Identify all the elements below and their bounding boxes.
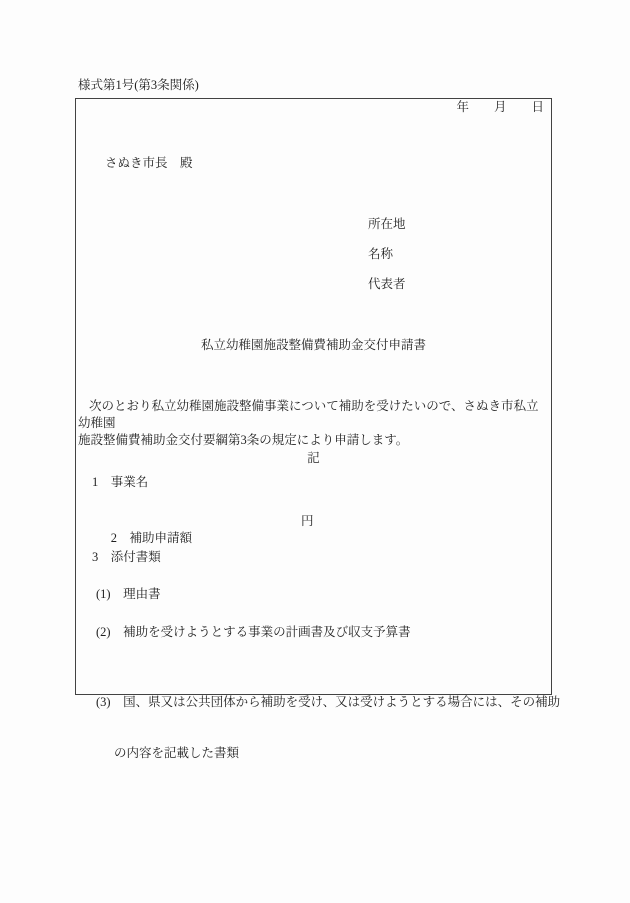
- document-page: 様式第1号(第3条関係) 年 月 日 さぬき市長 殿 所在地 名称 代表者 私立…: [0, 0, 630, 903]
- body-paragraph-line-2: 施設整備費補助金交付要綱第3条の規定により申請します。: [78, 432, 549, 449]
- recipient-line: さぬき市長 殿: [105, 155, 193, 172]
- attachment-item-1: (1) 理由書: [96, 586, 161, 603]
- body-paragraph-line-1: 次のとおり私立幼稚園施設整備事業について補助を受けたいので、さぬき市私立幼稚園: [78, 398, 549, 432]
- date-line: 年 月 日: [456, 99, 544, 116]
- applicant-field-address: 所在地: [368, 216, 406, 233]
- list-heading: 記: [76, 450, 551, 467]
- document-title: 私立幼稚園施設整備費補助金交付申請書: [76, 337, 551, 354]
- form-number: 様式第1号(第3条関係): [78, 77, 199, 94]
- attachment-item-3-line-1: (3) 国、県又は公共団体から補助を受け、又は受けようとする場合には、その補助: [96, 694, 546, 711]
- attachment-item-3: (3) 国、県又は公共団体から補助を受け、又は受けようとする場合には、その補助 …: [96, 660, 546, 796]
- item-project-name: 1 事業名: [92, 474, 148, 491]
- item-subsidy-amount: 2 補助申請額 円: [92, 513, 192, 581]
- item-subsidy-amount-label: 2 補助申請額: [111, 531, 192, 545]
- form-border-box: 年 月 日 さぬき市長 殿 所在地 名称 代表者 私立幼稚園施設整備費補助金交付…: [75, 98, 552, 695]
- attachment-item-3-line-2: の内容を記載した書類: [114, 745, 546, 762]
- applicant-field-representative: 代表者: [368, 276, 406, 293]
- body-paragraph: 次のとおり私立幼稚園施設整備事業について補助を受けたいので、さぬき市私立幼稚園 …: [78, 398, 549, 449]
- applicant-field-name: 名称: [368, 246, 393, 263]
- item-attached-documents: 3 添付書類: [92, 549, 161, 566]
- attachment-item-2: (2) 補助を受けようとする事業の計画書及び収支予算書: [96, 624, 411, 641]
- currency-unit-label: 円: [301, 513, 314, 530]
